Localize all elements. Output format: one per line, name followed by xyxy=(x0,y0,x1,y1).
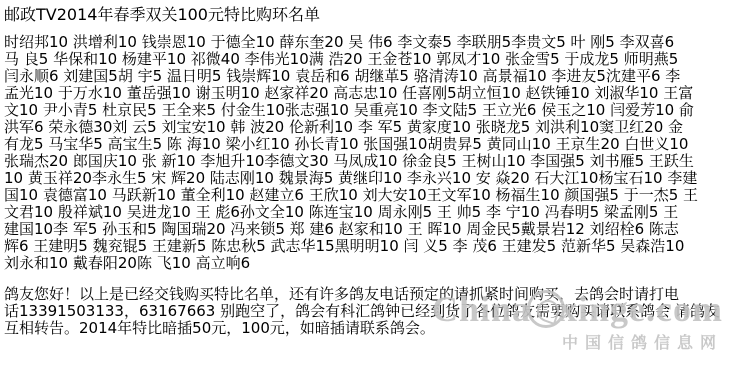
notice-line: 鸽友您好！以上是已经交钱购买特比名单，还有许多鸽友电话预定的请抓紧时间购买，去鸽… xyxy=(4,286,727,303)
notice-line: 互相转告。2014年特比暗插50元，100元，如暗插请联系鸽会。 xyxy=(4,320,727,337)
name-list-line: 马 良5 华保和10 杨建平10 祁微40 李伟光10满 浩20 王金苍10 郭… xyxy=(4,51,727,68)
notice-paragraph: 鸽友您好！以上是已经交钱购买特比名单，还有许多鸽友电话预定的请抓紧时间购买，去鸽… xyxy=(4,286,727,337)
name-list-line: 闫永顺6 刘建国5胡 宇5 温日明5 钱崇辉10 袁岳和6 胡继革5 骆清涛10… xyxy=(4,68,727,85)
announcement-page: 邮政TV2014年春季双关100元特比购环名单 时绍邦10 洪增利10 钱崇恩1… xyxy=(0,0,729,371)
name-list-line: 文10 尹小青5 杜京民5 王全来5 付金生10张志强10 吴重亮10 李文陆5… xyxy=(4,102,727,119)
name-list-line: 时绍邦10 洪增利10 钱崇恩10 于德全10 薛东奎20 吴 伟6 李文泰5 … xyxy=(4,34,727,51)
name-list-line: 有龙5 马宝华5 高宝生5 陈 海10 梁小红10 孙长青10 张国强10胡贵昇… xyxy=(4,136,727,153)
name-list-line: 文君10 殷祥斌10 吴进龙10 王 彪6孙文全10 陈连宝10 周永刚5 王 … xyxy=(4,204,727,221)
name-list-line: 张瑞杰20 郎国庆10 张 新10 李旭升10李德文30 马凤成10 徐金良5 … xyxy=(4,153,727,170)
name-list-line: 孟光10 于万水10 董岳强10 谢玉明10 赵家祥20 高志忠10 任喜刚5胡… xyxy=(4,85,727,102)
name-list-line: 辉6 王建明5 魏兖锟5 王建新5 陈忠秋5 武志华15黑明明10 闫 义5 李… xyxy=(4,238,727,255)
page-title: 邮政TV2014年春季双关100元特比购环名单 xyxy=(4,6,727,24)
name-list-line: 洪军6 荣永德30刘 云5 刘宝安10 韩 波20 伦新利10 李 军5 黄家度… xyxy=(4,119,727,136)
name-list-line: 刘永和10 戴春阳20陈 飞10 高立响6 xyxy=(4,255,727,272)
name-list-line: 建国10李 军5 孙玉和5 陶国瑞20 冯来锁5 郑 建6 赵家和10 王 晖1… xyxy=(4,221,727,238)
notice-line: 话13391503133，63167663 别跑空了，鸽会有科汇鸽钟已经到货了各… xyxy=(4,303,727,320)
buyer-name-list: 时绍邦10 洪增利10 钱崇恩10 于德全10 薛东奎20 吴 伟6 李文泰5 … xyxy=(4,34,727,272)
name-list-line: 国10 袁德富10 马跃新10 董全利10 赵建立6 王欣10 刘大安10王文军… xyxy=(4,187,727,204)
name-list-line: 10 黄玉祥20李永生5 宋 辉20 陆志刚10 魏景海5 黄继印10 李永兴1… xyxy=(4,170,727,187)
